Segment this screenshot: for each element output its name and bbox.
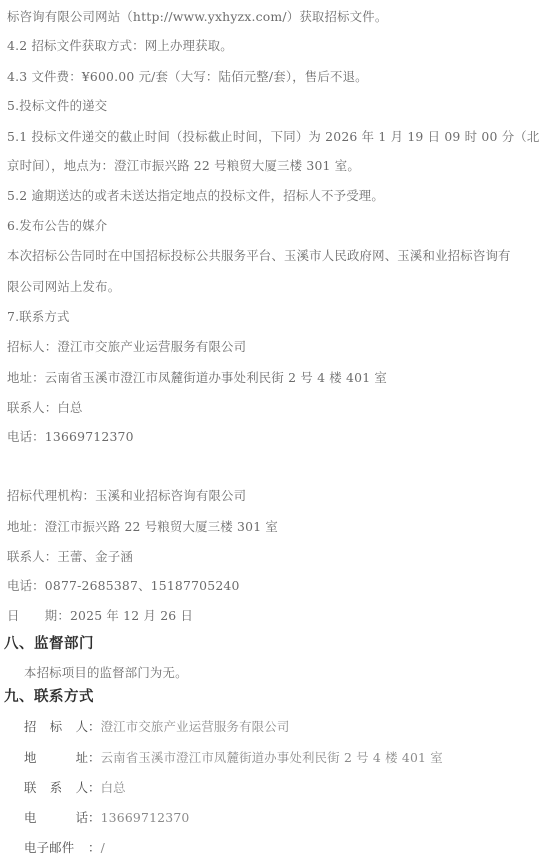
paragraph-line: 5.1 投标文件递交的截止时间（投标截止时间，下同）为 2026 年 1 月 1… — [7, 129, 539, 145]
paragraph-line: 5.2 逾期送达的或者未送达指定地点的投标文件，招标人不予受理。 — [7, 188, 384, 204]
subsection-title: 5.投标文件的递交 — [7, 98, 107, 114]
tenderer-phone-line: 电话：13669712370 — [7, 429, 134, 445]
tenderer-address-line: 地址：云南省玉溪市澄江市凤麓街道办事处利民街 2 号 4 楼 401 室 — [7, 370, 387, 386]
date-line: 日 期：2025 年 12 月 26 日 — [7, 608, 193, 624]
paragraph-line: 4.3 文件费：¥600.00 元/套（大写：陆佰元整/套），售后不退。 — [7, 69, 368, 85]
agency-address-line: 地址：澄江市振兴路 22 号粮贸大厦三楼 301 室 — [7, 519, 278, 535]
contact-label: 招标人 — [24, 719, 88, 735]
subsection-title: 6.发布公告的媒介 — [7, 218, 107, 234]
contact-row-phone: 电话：13669712370 — [24, 810, 190, 826]
tenderer-contact-line: 联系人：白总 — [7, 400, 83, 416]
contact-label: 电子邮件 — [24, 840, 88, 856]
paragraph-line: 京时间），地点为：澄江市振兴路 22 号粮贸大厦三楼 301 室。 — [7, 158, 360, 174]
contact-value: / — [101, 840, 105, 855]
contact-value: 云南省玉溪市澄江市凤麓街道办事处利民街 2 号 4 楼 401 室 — [101, 750, 443, 765]
paragraph-line: 限公司网站上发布。 — [7, 279, 120, 295]
subsection-title: 7.联系方式 — [7, 309, 70, 325]
contact-label: 电话 — [24, 810, 88, 826]
paragraph-line: 本次招标公告同时在中国招标投标公共服务平台、玉溪市人民政府网、玉溪和业招标咨询有 — [7, 248, 511, 264]
section-heading-contact: 九、联系方式 — [4, 689, 94, 705]
contact-row-email: 电子邮件：/ — [24, 840, 105, 856]
contact-value: 13669712370 — [101, 810, 190, 825]
supervision-body: 本招标项目的监督部门为无。 — [24, 665, 188, 681]
contact-row-tenderer: 招标人：澄江市交旅产业运营服务有限公司 — [24, 719, 289, 735]
tenderer-line: 招标人：澄江市交旅产业运营服务有限公司 — [7, 339, 246, 355]
agency-line: 招标代理机构：玉溪和业招标咨询有限公司 — [7, 488, 246, 504]
contact-row-address: 地址：云南省玉溪市澄江市凤麓街道办事处利民街 2 号 4 楼 401 室 — [24, 750, 443, 766]
agency-contact-line: 联系人：王蕾、金子涵 — [7, 549, 133, 565]
contact-value: 澄江市交旅产业运营服务有限公司 — [101, 719, 290, 734]
section-heading-supervision: 八、监督部门 — [4, 636, 94, 652]
contact-label: 联系人 — [24, 780, 88, 796]
contact-row-person: 联系人：白总 — [24, 780, 126, 796]
contact-value: 白总 — [101, 780, 126, 795]
contact-label: 地址 — [24, 750, 88, 766]
paragraph-line: 标咨询有限公司网站（http://www.yxhyzx.com/）获取招标文件。 — [7, 9, 387, 25]
paragraph-line: 4.2 招标文件获取方式：网上办理获取。 — [7, 38, 233, 54]
agency-phone-line: 电话：0877-2685387、15187705240 — [7, 578, 240, 594]
